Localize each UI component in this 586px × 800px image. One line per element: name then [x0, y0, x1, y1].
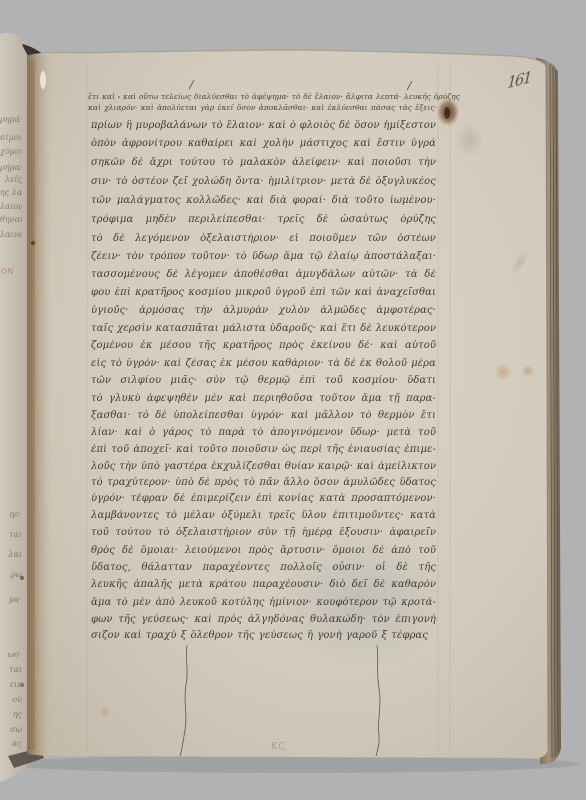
left-page-fragment: ας [0, 738, 22, 749]
text-line: ὑγιοῦς· ἀρμόσας τὴν ἀλμυρὰν χυλὸν ἁλμῶδε… [91, 304, 436, 318]
left-page-fragment: σω [0, 724, 22, 735]
left-page-fragment: σίμου [0, 132, 22, 143]
text-line: ὑγρόν· τέφραν δὲ ἐπιμερίζειν ἐπὶ κονίας … [91, 492, 436, 506]
left-page-fragment: ης λαι [0, 187, 22, 198]
text-line: ζέειν· τὸν τρόπον τοῦτον· τὸ ὕδωρ ἅμα τῷ… [91, 250, 436, 264]
left-page-fragment: ου [0, 694, 22, 705]
text-line: λευκῆς ἀπαλῆς μετὰ κράτου παραχέουσιν· δ… [91, 578, 436, 592]
text-line: ἅμα τὸ μὲν ἀπὸ λευκοῦ κοτύλης ἡμίνιον· κ… [91, 596, 436, 610]
left-page-fragment: χύμου [0, 146, 22, 157]
text-line: τρόφιμα μηδὲν περιλείπεσθαι· τρεῖς δὲ ὡσ… [91, 213, 436, 227]
text-line: τῶν μαλάγματος κολλῶδες· καὶ διὰ φοραί· … [91, 194, 436, 208]
left-page-fragment: ται [0, 664, 22, 675]
left-page-rubric: ΟΝ [1, 268, 14, 276]
text-line: σηκῶν δὲ ἄχρι τούτου τὸ μαλακὸν ἀλείφειν… [91, 156, 436, 170]
left-page-fragment: ρω [0, 569, 22, 580]
left-page-fragment: ωσ· [0, 649, 22, 660]
text-line: εἰς τὸ ὑγρόν· καὶ ζέσας ἐκ μέσου καθάριο… [91, 357, 436, 371]
left-page-fragment: μα· [0, 594, 22, 605]
gutter-stain [27, 55, 53, 755]
left-page-fragment: ησ· [0, 509, 22, 520]
text-line: τὸ τραχύτερον· ὑπὸ δὲ πρὸς τὸ πᾶν ἄλλο ὅ… [91, 476, 436, 490]
water-spot [494, 363, 512, 381]
text-line: τὸ γλυκὺ ἀφεψηθὲν μὲν καὶ περιηθοῦσα τοῦ… [91, 392, 436, 406]
text-line: φων τῆς γεύσεως· καὶ πρὸς ἀλγηδόνας θυλα… [91, 613, 436, 627]
text-line: λαμβάνοντες τὸ μέλαν ὀξύμελι τρεῖς ὕλου … [91, 509, 436, 523]
left-page-fragment: θηναι [0, 214, 22, 225]
text-line: λίαν· καὶ ὁ γάρος τὸ παρὰ τὸ ἀπογινόμενο… [91, 426, 436, 440]
left-page-fragment: λαι [0, 549, 22, 560]
text-line: σιν· τὸ ὀστέον ζεῖ χολώδη ὄντα· ἡμιλίτρι… [91, 175, 436, 189]
left-page-fragment: λαινε [0, 229, 22, 240]
left-page-fragment: ται [0, 529, 22, 540]
text-line: τοῦ τούτου τὸ ὀξελαιστήριον σὺν τῇ ἡμέρᾳ… [91, 526, 436, 540]
text-line: τὸ δὲ λεγόμενον ὀξελαιστήριον· εἰ ποιοῦμ… [91, 232, 436, 246]
text-line: θρὸς δὲ ὅμοιαι· λειούμενοι πρὸς ἄρτυσιν·… [91, 544, 436, 558]
quire-mark: ΚϚ [271, 742, 286, 752]
left-page-fragment: ρημά· [0, 114, 22, 125]
water-spot [99, 706, 111, 718]
text-line: σιζον καὶ τραχὺ ξ ὅλεθρον τῆς γεύσεως ἢ … [91, 629, 428, 643]
marginal-addition-line: καὶ χλιαρόν· καὶ ἀπολύεται γὰρ ἐκεῖ ὅσον… [88, 102, 437, 113]
text-line: ὀπὸν ἀφρονίτρου καθαίρει καὶ χολὴν μάστι… [91, 137, 436, 151]
left-page-fragment: λαιον [0, 201, 22, 212]
left-page-fragment: ης [0, 709, 22, 720]
text-line: ὕδατος, θάλατταν παραχέοντες πολλοῖς οὖσ… [91, 561, 436, 575]
text-line: ζομένου ἐκ μέσου τῆς κρατῆρος πρὸς ἐκείν… [91, 339, 436, 353]
marginal-addition-line: ἔτι καὶ ⸗ καὶ οὕτω τελείως διαλύεσθαι τὸ… [88, 91, 460, 102]
manuscript-photograph: ρημά· σίμου χύμου ρήμα· λεῖς ης λαι λαιο… [0, 0, 586, 800]
text-line: τῶν σιλφίου μιᾶς· σὺν τῷ θερμῷ ἐπὶ τοῦ κ… [91, 374, 436, 388]
text-line: λοῦς τὴν ὑπὸ γαστέρα ἐκχυλίζεσθαι θυίαν … [91, 460, 436, 474]
text-line: ταῖς χερσὶν κατασπᾶται μάλιστα ὑδαροῦς· … [91, 322, 436, 336]
text-line: ἐπὶ τοῦ ἀποχεῖ· καὶ τοῦτο ποιοῦσιν ὡς πε… [91, 443, 436, 457]
left-page-fragment: ειν [0, 679, 22, 690]
text-line: πρίων ἢ μυροβαλάνων τὸ ἔλαιον· καὶ ὁ φλο… [91, 119, 436, 133]
left-page-fragment: ρήμα· [0, 162, 22, 173]
text-line: ξασθαι· τὸ δὲ ὑπολείπεσθαι ὑγρόν· καὶ μᾶ… [91, 409, 436, 423]
water-spot [521, 364, 535, 378]
text-line: τασσομένους δὲ λέγομεν ἀποθέσθαι ἀμυγδάλ… [91, 268, 436, 282]
text-line: φου ἐπὶ κρατῆρος κοσμίου μικροῦ ὑγροῦ ἐπ… [91, 286, 436, 300]
left-page-fragment: λεῖς [0, 174, 22, 185]
